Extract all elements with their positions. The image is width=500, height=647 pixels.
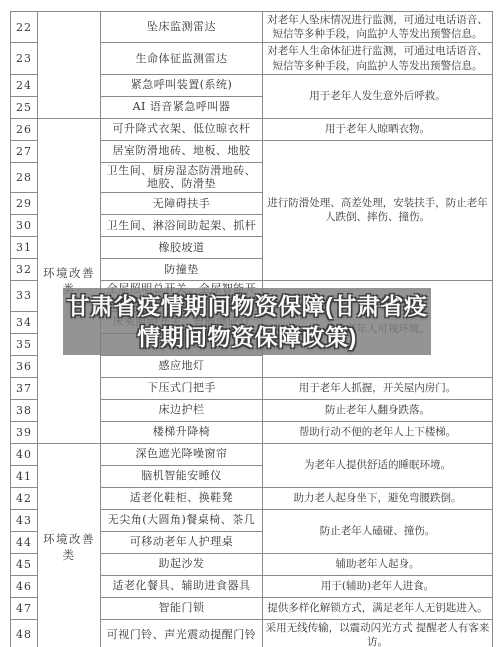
description-cell: 帮助行动不便的老年人上下楼梯。	[263, 421, 493, 443]
item-cell: 可升降式衣架、低位晾衣杆	[101, 118, 263, 140]
item-cell: 可视门铃、声光震动提醒门铃	[101, 619, 263, 647]
description-cell: 采用无线传输，以震动闪光方式 提醒老人有客来访。	[263, 619, 493, 647]
row-number-cell: 27	[11, 140, 38, 162]
row-number-cell: 46	[11, 575, 38, 597]
description-cell: 防止老年人翻身跌落。	[263, 399, 493, 421]
item-cell: 感应地灯	[101, 355, 263, 377]
category-cell	[38, 12, 101, 119]
document-page: 22坠床监测雷达对老年人坠床情况进行监测，可通过电话语音、短信等多种手段，向监护…	[0, 0, 500, 647]
description-cell: 对老年人生命体征进行监测，可通过电话语音、短信等多种手段，向监护人等发出预警信息…	[263, 43, 493, 74]
row-number-cell: 39	[11, 421, 38, 443]
row-number-cell: 41	[11, 465, 38, 487]
row-number-cell: 42	[11, 487, 38, 509]
table-row: 40环境改善类深色遮光降噪窗帘为老年人提供舒适的睡眠环境。	[11, 443, 493, 465]
description-cell: 防止老年人磕碰、撞伤。	[263, 509, 493, 553]
row-number-cell: 22	[11, 12, 38, 43]
item-cell: 橡胶坡道	[101, 237, 263, 259]
row-number-cell: 23	[11, 43, 38, 74]
row-number-cell: 32	[11, 259, 38, 281]
description-cell: 对老年人坠床情况进行监测，可通过电话语音、短信等多种手段，向监护人等发出预警信息…	[263, 12, 493, 43]
row-number-cell: 43	[11, 509, 38, 531]
item-cell: 可移动老年人护理桌	[101, 531, 263, 553]
row-number-cell: 45	[11, 553, 38, 575]
category-cell: 环境改善类	[38, 118, 101, 443]
description-cell: 用于(辅助)老年人进食。	[263, 575, 493, 597]
item-cell: 生命体征监测雷达	[101, 43, 263, 74]
watermark-text-line2: 情期间物资保障政策)	[137, 322, 357, 353]
row-number-cell: 47	[11, 597, 38, 619]
item-cell: 床边护栏	[101, 399, 263, 421]
description-cell: 助力老人起身坐下，避免弯腰跌倒。	[263, 487, 493, 509]
row-number-cell: 26	[11, 118, 38, 140]
item-cell: 无障碍扶手	[101, 193, 263, 215]
watermark-text-line1: 甘肃省疫情期间物资保障(甘肃省疫	[67, 291, 428, 322]
row-number-cell: 44	[11, 531, 38, 553]
row-number-cell: 30	[11, 215, 38, 237]
row-number-cell: 29	[11, 193, 38, 215]
row-number-cell: 36	[11, 355, 38, 377]
item-cell: 脑机智能安睡仪	[101, 465, 263, 487]
row-number-cell: 25	[11, 96, 38, 118]
description-cell: 提供多样化解锁方式，满足老年人无钥匙进入。	[263, 597, 493, 619]
item-cell: 适老化餐具、辅助进食器具	[101, 575, 263, 597]
row-number-cell: 37	[11, 377, 38, 399]
item-cell: 卫生间、淋浴间助起架、抓杆	[101, 215, 263, 237]
description-cell: 进行防滑处理、高差处理，安装扶手，防止老年人跌倒、摔伤、撞伤。	[263, 140, 493, 281]
item-cell: 适老化鞋柜、换鞋凳	[101, 487, 263, 509]
row-number-cell: 38	[11, 399, 38, 421]
description-cell: 用于老年人晾晒衣物。	[263, 118, 493, 140]
watermark-overlay: 甘肃省疫情期间物资保障(甘肃省疫 情期间物资保障政策)	[63, 288, 431, 355]
row-number-cell: 24	[11, 74, 38, 96]
description-cell: 用于老年人抓握，开关屋内房门。	[263, 377, 493, 399]
item-cell: 深色遮光降噪窗帘	[101, 443, 263, 465]
description-cell: 为老年人提供舒适的睡眠环境。	[263, 443, 493, 487]
row-number-cell: 31	[11, 237, 38, 259]
description-cell: 用于老年人发生意外后呼救。	[263, 74, 493, 118]
table-row: 22坠床监测雷达对老年人坠床情况进行监测，可通过电话语音、短信等多种手段，向监护…	[11, 12, 493, 43]
item-cell: AI 语音紧急呼叫器	[101, 96, 263, 118]
row-number-cell: 34	[11, 311, 38, 333]
item-cell: 防撞垫	[101, 259, 263, 281]
item-cell: 坠床监测雷达	[101, 12, 263, 43]
table-row: 26环境改善类可升降式衣架、低位晾衣杆用于老年人晾晒衣物。	[11, 118, 493, 140]
item-cell: 无尖角(大圆角)餐桌椅、茶几	[101, 509, 263, 531]
row-number-cell: 35	[11, 333, 38, 355]
item-cell: 紧急呼叫装置(系统)	[101, 74, 263, 96]
item-cell: 下压式门把手	[101, 377, 263, 399]
item-cell: 助起沙发	[101, 553, 263, 575]
category-cell: 环境改善类	[38, 443, 101, 647]
row-number-cell: 40	[11, 443, 38, 465]
item-cell: 楼梯升降椅	[101, 421, 263, 443]
item-cell: 卫生间、厨房湿态防滑地砖、地胶、防滑垫	[101, 162, 263, 193]
description-cell: 辅助老年人起身。	[263, 553, 493, 575]
row-number-cell: 28	[11, 162, 38, 193]
item-cell: 智能门锁	[101, 597, 263, 619]
row-number-cell: 33	[11, 281, 38, 312]
row-number-cell: 48	[11, 619, 38, 647]
item-cell: 居室防滑地砖、地板、地胶	[101, 140, 263, 162]
